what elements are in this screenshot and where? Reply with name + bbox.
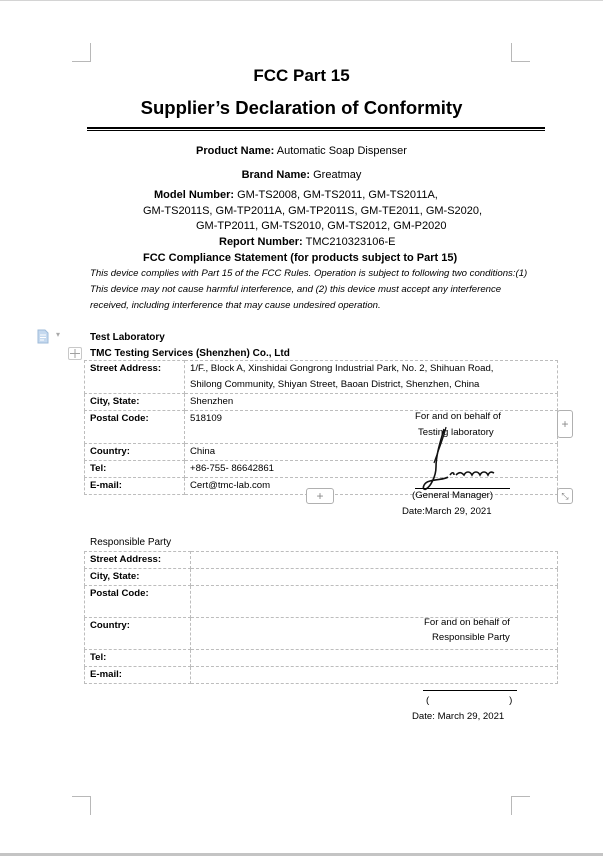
table-row: Tel: [85, 650, 558, 667]
field-label: E-mail: [85, 667, 191, 684]
responsible-party-behalf-line1: For and on behalf of [424, 617, 510, 628]
table-row: E-mail: [85, 667, 558, 684]
field-label: E-mail: [85, 478, 185, 495]
test-lab-section-label: Test Laboratory [90, 332, 165, 343]
field-value[interactable] [191, 569, 558, 586]
chevron-down-icon[interactable]: ▾ [56, 330, 60, 339]
responsible-party-signatory-title: ( ) [426, 695, 512, 706]
field-value[interactable]: 1/F., Block A, Xinshidai Gongrong Indust… [185, 361, 558, 394]
report-number-line: Report Number: TMC210323106-E [219, 236, 395, 248]
add-column-button[interactable]: + [557, 410, 573, 438]
field-value[interactable]: China [185, 444, 558, 461]
responsible-party-date: Date: March 29, 2021 [412, 711, 504, 722]
model-number-line1: Model Number: GM-TS2008, GM-TS2011, GM-T… [154, 189, 438, 201]
document-title: FCC Part 15 [0, 66, 603, 86]
compliance-statement: This device complies with Part 15 of the… [90, 266, 530, 314]
report-number-value: TMC210323106-E [306, 236, 396, 248]
table-move-handle-icon[interactable] [68, 347, 82, 360]
table-row: City, State: Shenzhen [85, 394, 558, 411]
title-double-rule [87, 127, 545, 131]
compliance-heading: FCC Compliance Statement (for products s… [143, 252, 457, 264]
test-lab-date: Date:March 29, 2021 [402, 506, 492, 517]
field-label: Postal Code: [85, 586, 191, 618]
product-name-label: Product Name: [196, 145, 274, 157]
field-label: Tel: [85, 461, 185, 478]
field-value[interactable] [191, 667, 558, 684]
product-name-value: Automatic Soap Dispenser [277, 145, 407, 157]
street-address-line1: 1/F., Block A, Xinshidai Gongrong Indust… [190, 361, 552, 377]
table-row: Street Address: [85, 552, 558, 569]
document-subtitle: Supplier’s Declaration of Conformity [0, 97, 603, 119]
responsible-party-signature-line [423, 690, 517, 691]
table-row: City, State: [85, 569, 558, 586]
document-icon[interactable] [37, 329, 49, 344]
margin-corner-bottom-left [72, 796, 91, 815]
margin-corner-top-right [511, 43, 530, 62]
field-value[interactable] [191, 650, 558, 667]
test-lab-company: TMC Testing Services (Shenzhen) Co., Ltd [90, 348, 290, 359]
field-label: City, State: [85, 569, 191, 586]
test-lab-signature-line [415, 488, 510, 489]
table-resize-handle[interactable]: ⤡ [557, 488, 573, 504]
test-lab-signatory-title: (General Manager) [412, 490, 493, 501]
signature-image [420, 425, 500, 495]
field-label: Postal Code: [85, 411, 185, 444]
table-row: Postal Code: [85, 586, 558, 618]
responsible-party-behalf-line2: Responsible Party [432, 632, 510, 643]
model-number-value-1: GM-TS2008, GM-TS2011, GM-TS2011A, [237, 189, 438, 201]
field-label: Country: [85, 618, 191, 650]
field-label: Country: [85, 444, 185, 461]
field-value[interactable] [191, 552, 558, 569]
page-top-edge [0, 0, 603, 1]
margin-corner-bottom-right [511, 796, 530, 815]
street-address-line2: Shilong Community, Shiyan Street, Baoan … [190, 377, 552, 393]
field-label: Street Address: [85, 552, 191, 569]
field-label: Street Address: [85, 361, 185, 394]
brand-name-label: Brand Name: [242, 169, 310, 181]
table-row: Street Address: 1/F., Block A, Xinshidai… [85, 361, 558, 394]
field-label: Tel: [85, 650, 191, 667]
model-number-label: Model Number: [154, 189, 234, 201]
report-number-label: Report Number: [219, 236, 303, 248]
field-value[interactable]: +86-755- 86642861 [185, 461, 558, 478]
add-row-button[interactable]: + [306, 488, 334, 504]
field-value[interactable]: 518109 [185, 411, 558, 444]
brand-name-value: Greatmay [313, 169, 361, 181]
field-label: City, State: [85, 394, 185, 411]
product-name-line: Product Name: Automatic Soap Dispenser [0, 145, 603, 157]
model-number-line2: GM-TS2011S, GM-TP2011A, GM-TP2011S, GM-T… [143, 205, 482, 217]
field-value[interactable]: Cert@tmc-lab.com [185, 478, 558, 495]
test-lab-behalf-line1: For and on behalf of [415, 411, 501, 422]
brand-name-line: Brand Name: Greatmay [0, 169, 603, 181]
margin-corner-top-left [72, 43, 91, 62]
model-number-line3: GM-TP2011, GM-TS2010, GM-TS2012, GM-P202… [196, 220, 446, 232]
responsible-party-section-label: Responsible Party [90, 537, 171, 548]
field-value[interactable]: Shenzhen [185, 394, 558, 411]
field-value[interactable] [191, 586, 558, 618]
